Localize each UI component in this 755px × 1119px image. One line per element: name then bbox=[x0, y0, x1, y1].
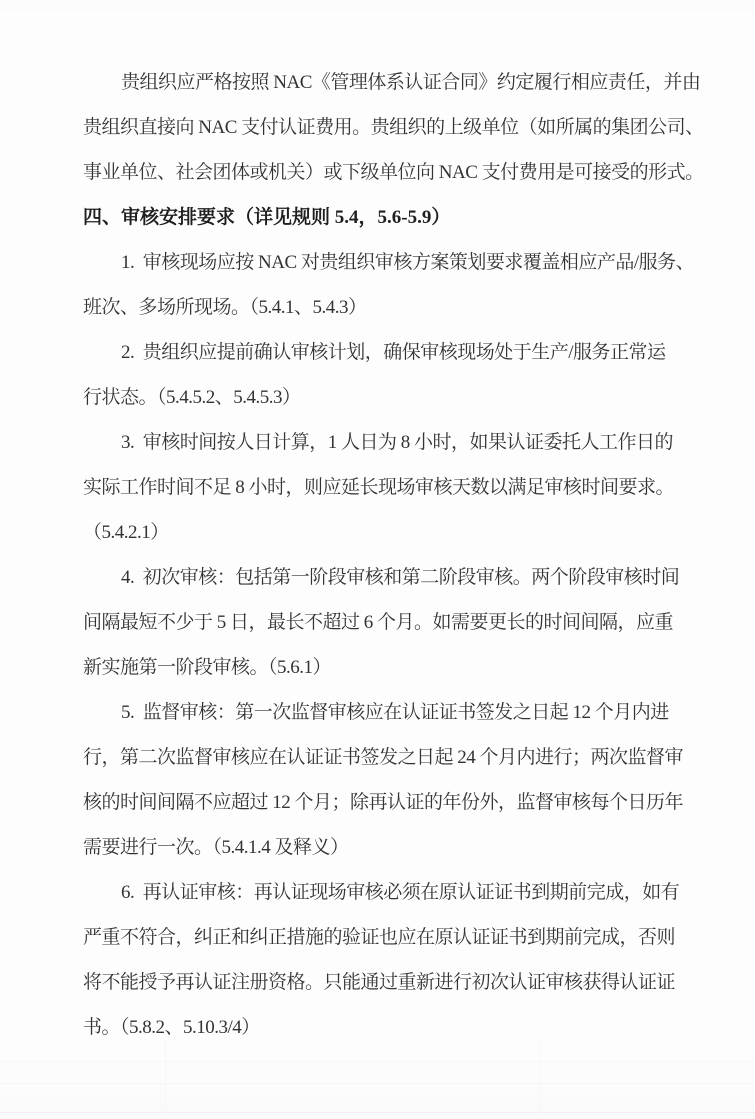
text-line: 班次、多场所现场。（5.4.1、5.4.3） bbox=[83, 285, 672, 330]
text-line: 实际工作时间不足 8 小时，则应延长现场审核天数以满足审核时间要求。 bbox=[83, 465, 672, 510]
text-line: 行，第二次监督审核应在认证证书签发之日起 24 个月内进行；两次监督审 bbox=[83, 735, 672, 780]
scanned-document-page: 贵组织应严格按照 NAC《管理体系认证合同》约定履行相应责任，并由贵组织直接向 … bbox=[0, 0, 755, 1119]
text-line: 4. 初次审核：包括第一阶段审核和第二阶段审核。两个阶段审核时间 bbox=[83, 555, 672, 600]
text-line: 事业单位、社会团体或机关）或下级单位向 NAC 支付费用是可接受的形式。 bbox=[83, 150, 672, 195]
text-line: 2. 贵组织应提前确认审核计划，确保审核现场处于生产/服务正常运 bbox=[83, 330, 672, 375]
scan-artifact-seam bbox=[165, 1040, 166, 1119]
scan-artifact-line bbox=[0, 1061, 755, 1062]
text-line: 间隔最短不少于 5 日，最长不超过 6 个月。如需要更长的时间间隔，应重 bbox=[83, 600, 672, 645]
text-line: 贵组织应严格按照 NAC《管理体系认证合同》约定履行相应责任，并由 bbox=[83, 60, 672, 105]
text-line: 5. 监督审核：第一次监督审核应在认证证书签发之日起 12 个月内进 bbox=[83, 690, 672, 735]
document-body: 贵组织应严格按照 NAC《管理体系认证合同》约定履行相应责任，并由贵组织直接向 … bbox=[83, 60, 672, 1050]
text-line: 将不能授予再认证注册资格。只能通过重新进行初次认证审核获得认证证 bbox=[83, 960, 672, 1005]
scan-artifact-line bbox=[0, 1083, 755, 1084]
text-line: 核的时间间隔不应超过 12 个月；除再认证的年份外，监督审核每个日历年 bbox=[83, 780, 672, 825]
scan-artifact-top-edge bbox=[0, 8, 755, 9]
text-line: 书。（5.8.2、5.10.3/4） bbox=[83, 1005, 672, 1050]
text-line: 需要进行一次。（5.4.1.4 及释义） bbox=[83, 825, 672, 870]
text-line: 贵组织直接向 NAC 支付认证费用。贵组织的上级单位（如所属的集团公司、 bbox=[83, 105, 672, 150]
text-line: （5.4.2.1） bbox=[83, 510, 672, 555]
text-line: 严重不符合，纠正和纠正措施的验证也应在原认证证书到期前完成，否则 bbox=[83, 915, 672, 960]
scan-artifact-seam bbox=[540, 1040, 541, 1119]
section-heading: 四、审核安排要求（详见规则 5.4，5.6-5.9） bbox=[83, 195, 672, 240]
text-line: 6. 再认证审核：再认证现场审核必须在原认证证书到期前完成，如有 bbox=[83, 870, 672, 915]
text-line: 1. 审核现场应按 NAC 对贵组织审核方案策划要求覆盖相应产品/服务、 bbox=[83, 240, 672, 285]
text-line: 行状态。（5.4.5.2、5.4.5.3） bbox=[83, 375, 672, 420]
text-line: 新实施第一阶段审核。（5.6.1） bbox=[83, 645, 672, 690]
text-line: 3. 审核时间按人日计算，1 人日为 8 小时，如果认证委托人工作日的 bbox=[83, 420, 672, 465]
scan-artifact-line bbox=[0, 1112, 755, 1113]
